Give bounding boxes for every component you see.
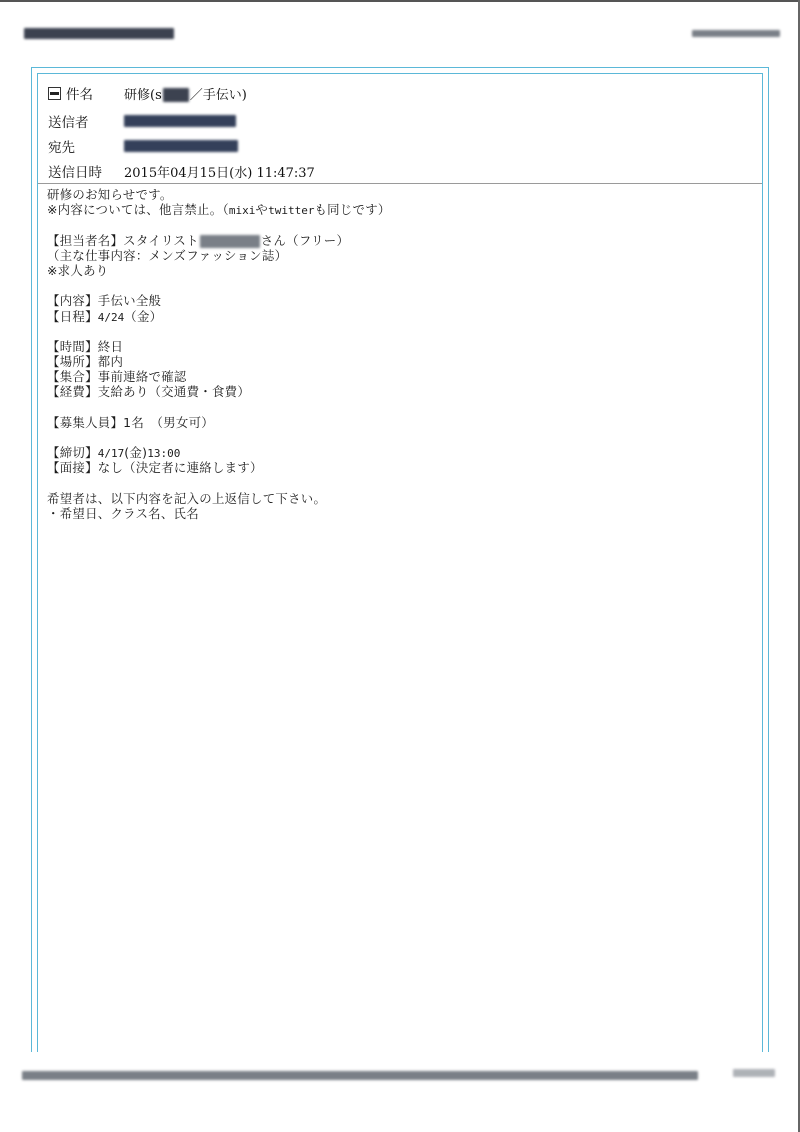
blank-line: [47, 324, 747, 339]
subject-redacted: [163, 88, 189, 102]
email-header: 件名 研修(s／手伝い) 送信者 宛先 送信日時 2015年04月15日(水) …: [38, 74, 762, 184]
notice-mixi: mixi: [229, 204, 256, 217]
body-line: 【時間】終日: [47, 339, 747, 354]
subject-row: 件名 研修(s／手伝い): [48, 83, 93, 103]
blank-line: [47, 476, 747, 491]
scan-edge: [0, 0, 800, 2]
subject-value: 研修(s／手伝い): [124, 84, 247, 103]
body-line: （主な仕事内容：メンズファッション誌）: [47, 248, 747, 263]
sender-row: 送信者: [48, 111, 89, 131]
body-line: 【場所】都内: [47, 354, 747, 369]
print-header-right-redacted: [692, 30, 780, 37]
sender-value: [124, 114, 236, 129]
deadline-day: (金): [124, 445, 147, 460]
email-body: 研修のお知らせです。 ※内容については、他言禁止。（mixiやtwitterも同…: [47, 187, 747, 521]
blank-line: [47, 217, 747, 232]
notice-twitter: twitter: [268, 204, 314, 217]
print-header-left-redacted: [24, 28, 174, 39]
body-line: ※求人あり: [47, 263, 747, 278]
notice-suffix: も同じです）: [314, 202, 390, 217]
blank-line: [47, 430, 747, 445]
recipient-value: [124, 139, 238, 154]
subject-label: 件名: [66, 83, 93, 103]
datetime-value: 2015年04月15日(水) 11:47:37: [124, 162, 315, 181]
collapse-icon[interactable]: [48, 87, 61, 100]
print-footer-page-redacted: [733, 1069, 775, 1077]
deadline-label: 【締切】: [47, 445, 98, 460]
recipient-redacted: [124, 140, 238, 152]
notice-prefix: ※内容については、他言禁止。（: [47, 202, 229, 217]
sender-label: 送信者: [48, 111, 89, 131]
body-line-schedule: 【日程】4/24（金）: [47, 309, 747, 324]
sender-redacted: [124, 115, 236, 127]
datetime-label: 送信日時: [48, 161, 102, 181]
body-line: 希望者は、以下内容を記入の上返信して下さい。: [47, 491, 747, 506]
schedule-day: （金）: [124, 309, 162, 324]
stylist-name-redacted: [200, 235, 260, 248]
blank-line: [47, 400, 747, 415]
body-line-notice: ※内容については、他言禁止。（mixiやtwitterも同じです）: [47, 202, 747, 217]
notice-mid: や: [255, 202, 268, 217]
recipient-row: 宛先: [48, 136, 75, 156]
body-line: 【経費】支給あり（交通費・食費）: [47, 384, 747, 399]
schedule-label: 【日程】: [47, 309, 98, 324]
body-line: 【内容】手伝い全般: [47, 293, 747, 308]
body-line: 【募集人員】1名 （男女可）: [47, 415, 747, 430]
deadline-time: 13:00: [147, 447, 180, 460]
subject-prefix: 研修(s: [124, 88, 162, 103]
print-footer-left-redacted: [22, 1071, 698, 1080]
body-line: ・希望日、クラス名、氏名: [47, 506, 747, 521]
body-line: 【集合】事前連絡で確認: [47, 369, 747, 384]
datetime-row: 送信日時 2015年04月15日(水) 11:47:37: [48, 161, 102, 181]
body-line-deadline: 【締切】4/17(金)13:00: [47, 445, 747, 460]
body-line-contact: 【担当者名】スタイリストさん（フリー）: [47, 233, 747, 248]
deadline-date: 4/17: [98, 447, 125, 460]
schedule-date: 4/24: [98, 311, 125, 324]
recipient-label: 宛先: [48, 136, 75, 156]
body-line: 【面接】なし（決定者に連絡します）: [47, 460, 747, 475]
subject-suffix: ／手伝い): [190, 88, 247, 103]
contact-suffix: さん（フリー）: [261, 233, 349, 248]
body-line: 研修のお知らせです。: [47, 187, 747, 202]
blank-line: [47, 278, 747, 293]
contact-prefix: 【担当者名】スタイリスト: [47, 233, 199, 248]
